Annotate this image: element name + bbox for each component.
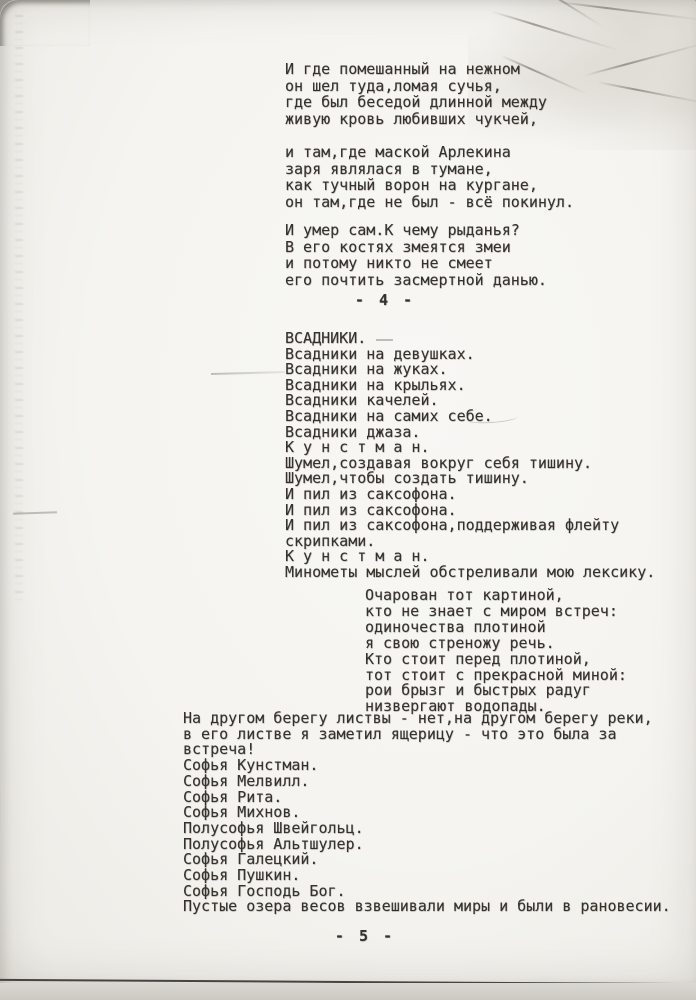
- paper-corner-shadow: [0, 0, 90, 46]
- text-line: в его листве я заметил ящерицу - что это…: [183, 727, 671, 743]
- poem-riders: ВСАДНИКИ.Всадники на девушках.Всадники н…: [285, 331, 655, 581]
- text-line: И где помешанный на нежном: [285, 61, 547, 78]
- pencil-mark: [211, 371, 285, 375]
- text-line: его почтить засмертной данью.: [285, 272, 547, 289]
- text-line: И умер сам.К чему рыданья?: [285, 222, 547, 239]
- text-line: живую кровь любивших чукчей,: [285, 111, 547, 128]
- text-line: и потому никто не смеет: [285, 255, 547, 272]
- poem-stanza-madman: И где помешанный на нежномон шел туда,ло…: [285, 61, 547, 127]
- text-line: и там,где маской Арлекина: [285, 144, 574, 161]
- text-line: Минометы мыслей обстреливали мою лексику…: [285, 565, 655, 581]
- poem-stanza-died: И умер сам.К чему рыданья?В его костях з…: [285, 222, 547, 288]
- text-line: В его костях змеятся змеи: [285, 239, 547, 256]
- poem-stanza-harlequin: и там,где маской Арлекиназаря являлася в…: [285, 144, 574, 210]
- scanned-page: И где помешанный на нежномон шел туда,ло…: [0, 0, 696, 983]
- text-line: где был беседой длинной между: [285, 94, 547, 111]
- scanner-background: [0, 983, 696, 1000]
- text-line: Пустые озера весов взвешивали миры и был…: [183, 899, 671, 915]
- poem-block-sofia: На другом берегу листвы - нет,на другом …: [183, 711, 671, 915]
- scan-canvas: { "document": { "ink_color": "#35322c", …: [0, 0, 696, 1000]
- text-line: он шел туда,ломая сучья,: [285, 78, 547, 95]
- text-line: заря являлася в тумане,: [285, 161, 574, 178]
- page-number-top: - 4 -: [285, 291, 485, 309]
- text-line: он там,где не был - всё покинул.: [285, 194, 574, 211]
- text-line: как тучный ворон на кургане,: [285, 177, 574, 194]
- poem-stanza-enchanted: Очарован тот картиной,кто не знает с мир…: [365, 588, 627, 715]
- paper-edge-texture: [15, 15, 23, 605]
- page-number-bottom: - 5 -: [285, 927, 445, 945]
